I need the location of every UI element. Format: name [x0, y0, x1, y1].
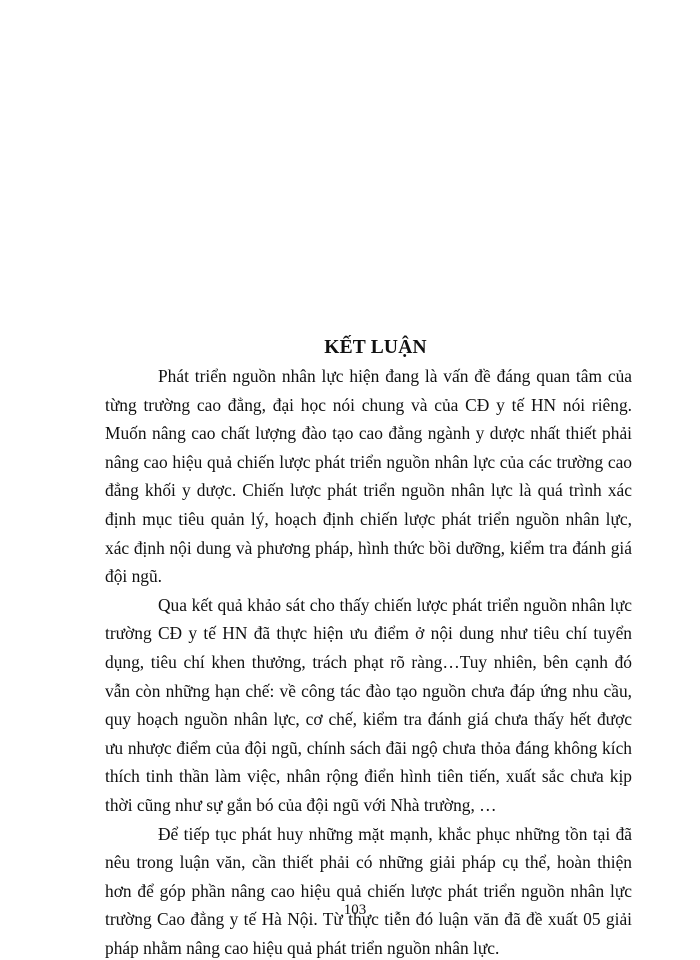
paragraph-2: Qua kết quả khảo sát cho thấy chiến lược…: [105, 591, 632, 820]
section-heading: KẾT LUẬN: [105, 334, 632, 362]
page-number: 103: [0, 901, 700, 919]
paragraph-3: Để tiếp tục phát huy những mặt mạnh, khắ…: [105, 820, 632, 960]
paragraph-1: Phát triển nguồn nhân lực hiện đang là v…: [105, 362, 632, 591]
document-page: KẾT LUẬN Phát triển nguồn nhân lực hiện …: [0, 0, 700, 960]
conclusion-section: KẾT LUẬN Phát triển nguồn nhân lực hiện …: [105, 334, 632, 960]
